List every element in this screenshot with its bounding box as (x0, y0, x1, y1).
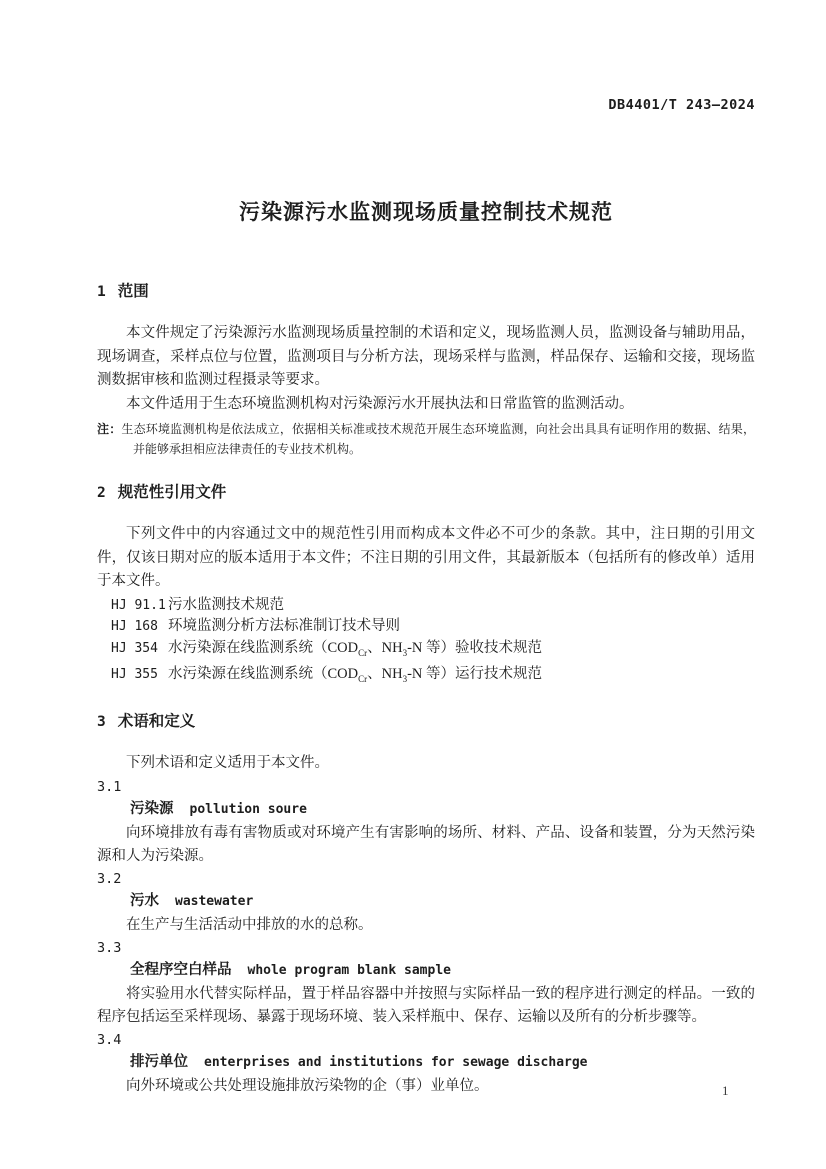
term-definition: 将实验用水代替实际样品，置于样品容器中并按照与实际样品一致的程序进行测定的样品。… (97, 983, 755, 1029)
term-name-en: whole program blank sample (248, 963, 452, 978)
term-3-1: 3.1 污染源pollution soure 向环境排放有毒有害物质或对环境产生… (97, 776, 755, 868)
reference-code: HJ 355 (111, 664, 168, 686)
scope-paragraph-2: 本文件适用于生态环境监测机构对污染源污水开展执法和日常监管的监测活动。 (97, 393, 755, 417)
reference-item-hj91: HJ 91.1污水监测技术规范 (97, 595, 755, 617)
term-name: 全程序空白样品whole program blank sample (97, 959, 755, 983)
reference-list: HJ 91.1污水监测技术规范 HJ 168环境监测分析方法标准制订技术导则 H… (97, 595, 755, 691)
term-number: 3.3 (97, 937, 755, 960)
reference-code: HJ 168 (111, 616, 168, 638)
reference-item-hj168: HJ 168环境监测分析方法标准制订技术导则 (97, 616, 755, 638)
document-header: DB4401/T 243—2024 (97, 96, 755, 114)
section-2-heading: 2规范性引用文件 (97, 483, 755, 503)
section-3-number: 3 (97, 714, 106, 730)
section-2-title: 规范性引用文件 (118, 484, 227, 501)
term-name-en: pollution soure (190, 802, 307, 817)
term-3-4: 3.4 排污单位enterprises and institutions for… (97, 1029, 755, 1098)
section-1-title: 范围 (118, 283, 149, 300)
document-page: DB4401/T 243—2024 污染源污水监测现场质量控制技术规范 1范围 … (0, 0, 826, 1169)
term-3-3: 3.3 全程序空白样品whole program blank sample 将实… (97, 937, 755, 1029)
term-name-en: wastewater (175, 894, 253, 909)
note-text: 生态环境监测机构是依法成立，依据相关标准或技术规范开展生态环境监测，向社会出具具… (121, 422, 755, 456)
section-normative-references: 2规范性引用文件 下列文件中的内容通过文中的规范性引用而构成本文件必不可少的条款… (97, 483, 755, 690)
reference-code: HJ 91.1 (111, 595, 168, 617)
scope-note: 注：生态环境监测机构是依法成立，依据相关标准或技术规范开展生态环境监测，向社会出… (97, 419, 755, 459)
reference-item-hj354: HJ 354水污染源在线监测系统（CODCr、NH3-N 等）验收技术规范 (97, 638, 755, 664)
term-name-zh: 污染源 (130, 801, 174, 817)
terms-intro: 下列术语和定义适用于本文件。 (97, 752, 755, 776)
term-name-zh: 排污单位 (130, 1054, 188, 1070)
reference-code: HJ 354 (111, 638, 168, 660)
section-scope: 1范围 本文件规定了污染源污水监测现场质量控制的术语和定义，现场监测人员，监测设… (97, 282, 755, 459)
term-name-zh: 全程序空白样品 (130, 962, 232, 978)
term-name-en: enterprises and institutions for sewage … (204, 1055, 588, 1070)
section-2-number: 2 (97, 485, 106, 501)
term-3-2: 3.2 污水wastewater 在生产与生活活动中排放的水的总称。 (97, 868, 755, 937)
section-3-heading: 3术语和定义 (97, 712, 755, 732)
term-name-zh: 污水 (130, 893, 159, 909)
term-definition: 向环境排放有毒有害物质或对环境产生有害影响的场所、材料、产品、设备和装置，分为天… (97, 822, 755, 868)
section-1-heading: 1范围 (97, 282, 755, 302)
term-number: 3.1 (97, 776, 755, 799)
term-number: 3.4 (97, 1029, 755, 1052)
term-name: 污染源pollution soure (97, 798, 755, 822)
term-definition: 向外环境或公共处理设施排放污染物的企（事）业单位。 (97, 1075, 755, 1098)
page-number: 1 (722, 1083, 729, 1099)
scope-paragraph-1: 本文件规定了污染源污水监测现场质量控制的术语和定义，现场监测人员，监测设备与辅助… (97, 322, 755, 393)
reference-item-hj355: HJ 355水污染源在线监测系统（CODCr、NH3-N 等）运行技术规范 (97, 664, 755, 690)
document-title: 污染源污水监测现场质量控制技术规范 (97, 198, 755, 228)
term-name: 排污单位enterprises and institutions for sew… (97, 1051, 755, 1075)
terms-list: 3.1 污染源pollution soure 向环境排放有毒有害物质或对环境产生… (97, 776, 755, 1098)
term-name: 污水wastewater (97, 890, 755, 914)
standard-number: DB4401/T 243—2024 (608, 97, 755, 113)
section-1-number: 1 (97, 284, 106, 300)
term-definition: 在生产与生活活动中排放的水的总称。 (97, 914, 755, 937)
references-paragraph: 下列文件中的内容通过文中的规范性引用而构成本文件必不可少的条款。其中，注日期的引… (97, 523, 755, 594)
note-label: 注： (97, 422, 121, 436)
term-number: 3.2 (97, 868, 755, 891)
section-3-title: 术语和定义 (118, 713, 196, 730)
section-terms-definitions: 3术语和定义 下列术语和定义适用于本文件。 3.1 污染源pollution s… (97, 712, 755, 1098)
